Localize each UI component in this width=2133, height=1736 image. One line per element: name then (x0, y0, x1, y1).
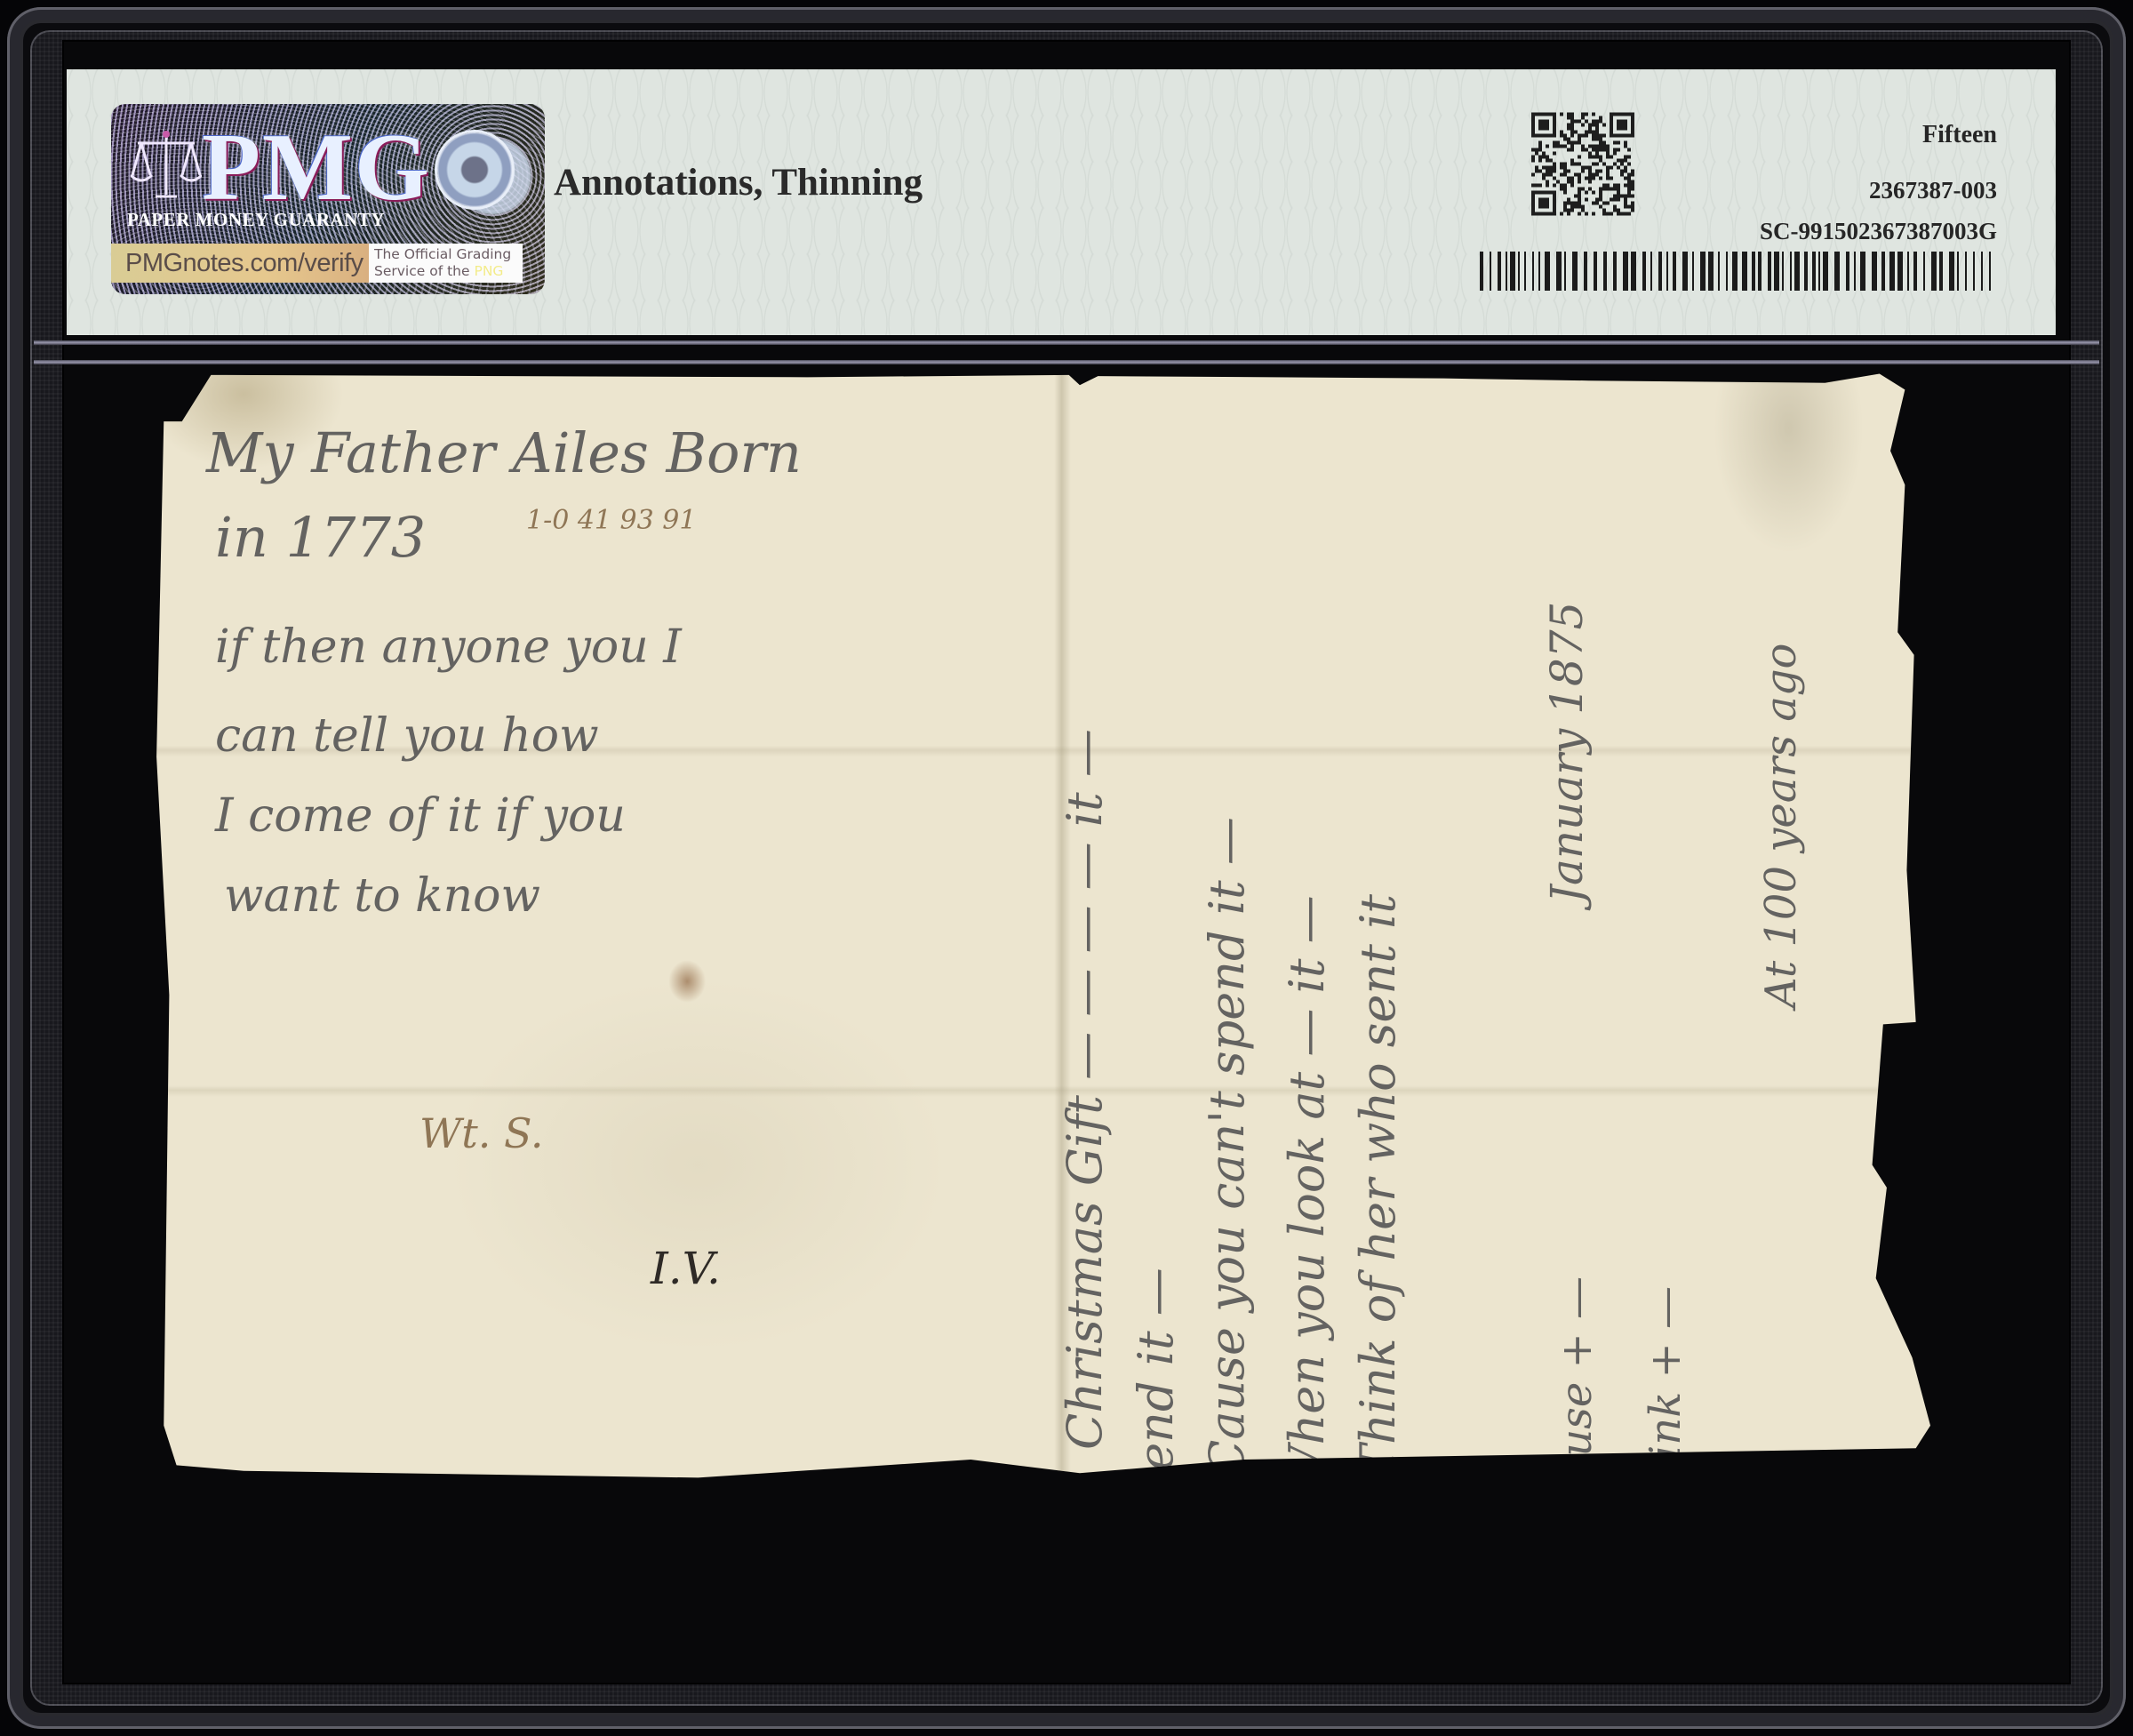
rotated-line-5: Think of her who sent it (1350, 894, 1406, 1476)
official-grading-text: The Official Grading Service of the PNG (369, 244, 523, 283)
handwriting-line-6: want to know (224, 869, 540, 923)
hologram-sticker: PMG PAPER MONEY GUARANTY PMGnotes.com/ve… (111, 104, 545, 294)
png-mark: PNG (474, 263, 503, 279)
handwriting-line-4: can tell you how (215, 709, 599, 763)
grading-comments: Annotations, Thinning (554, 161, 923, 204)
rotated-line-1: Christmas Gift — — — — it — (1057, 729, 1113, 1450)
holder-rail-lower (34, 360, 2099, 364)
verify-url[interactable]: PMGnotes.com/verify (111, 244, 369, 283)
rotated-line-4: When you look at — it — (1279, 895, 1335, 1494)
rotated-line-years-ago: At 100 years ago (1756, 644, 1806, 1008)
qr-code-icon[interactable] (1531, 111, 1634, 217)
barcode-icon (1480, 252, 1997, 291)
scales-of-justice-icon (131, 124, 202, 204)
margin-numbers: 1-0 41 93 91 (526, 505, 696, 536)
verify-strip: PMGnotes.com/verify The Official Grading… (111, 244, 545, 283)
official-line-2: Service of the PNG (374, 263, 523, 280)
official-line-1: The Official Grading (374, 246, 523, 263)
pmg-logo: PMG (202, 120, 431, 216)
rotated-date: January 1875 (1541, 602, 1593, 903)
banknote-reverse: My Father Ailes Born in 1773 1-0 41 93 9… (153, 372, 1970, 1505)
handwriting-line-1: My Father Ailes Born (206, 420, 802, 485)
handwriting-line-2: in 1773 (215, 505, 426, 570)
serial-code: SC-991502367387003G (1760, 218, 1997, 245)
handwriting-line-5: I come of it if you (215, 789, 626, 843)
ink-signature-1: Wt. S. (419, 1109, 544, 1157)
cert-number: 2367387-003 (1869, 177, 1997, 204)
pmg-tagline: PAPER MONEY GUARANTY (127, 209, 420, 231)
official-line-2-text: Service of the (374, 263, 470, 279)
handwriting-line-3: if then anyone you I (215, 620, 682, 674)
rotated-line-3: Cause you can't spend it — (1199, 817, 1255, 1476)
ink-signature-2: I.V. (651, 1243, 721, 1294)
grade-word: Fifteen (1922, 121, 1997, 149)
holder-rail-upper (34, 340, 2099, 345)
hologram-seal-icon (437, 132, 512, 207)
